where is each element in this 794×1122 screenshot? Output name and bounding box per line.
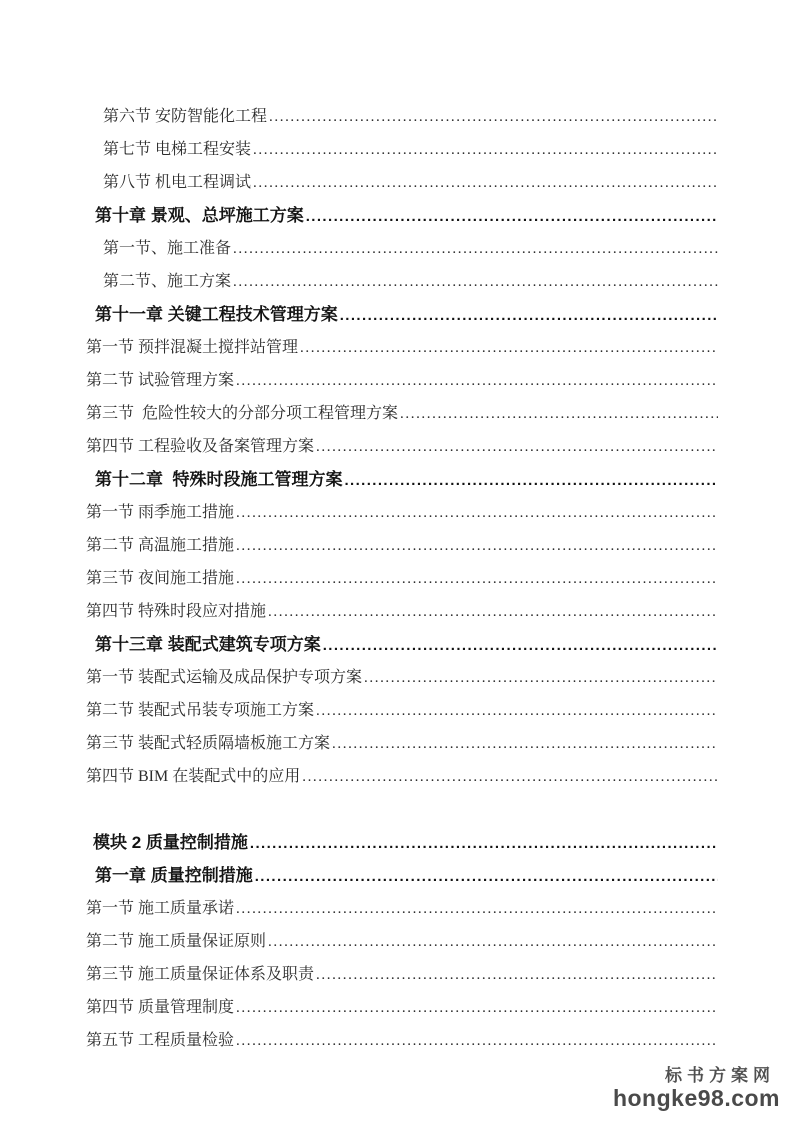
- toc-entry-text: 第三节 危险性较大的分部分项工程管理方案: [86, 397, 398, 430]
- toc-dot-leader: ........................................…: [253, 167, 718, 199]
- toc-entry[interactable]: 第二节 施工质量保证原则............................…: [86, 925, 718, 958]
- toc-entry-text: 第三节 夜间施工措施: [86, 562, 234, 595]
- toc-dot-leader: ........................................…: [332, 728, 718, 760]
- toc-entry-text: 第一节 装配式运输及成品保护专项方案: [86, 661, 362, 694]
- toc-entry[interactable]: 第六节 安防智能化工程.............................…: [86, 100, 718, 133]
- toc-entry-text: 第二节、施工方案: [103, 265, 231, 298]
- toc-entry-text: 第四节 BIM 在装配式中的应用: [86, 760, 300, 793]
- toc-dot-leader: ........................................…: [236, 497, 718, 529]
- toc-entry[interactable]: 第十二章 特殊时段施工管理方案.........................…: [86, 463, 718, 496]
- toc-entry[interactable]: 第四节 BIM 在装配式中的应用........................…: [86, 760, 718, 793]
- toc-dot-leader: ........................................…: [268, 596, 718, 628]
- toc-entry[interactable]: 第二节、施工方案................................…: [86, 265, 718, 298]
- toc-entry-text: 第二节 装配式吊装专项施工方案: [86, 694, 314, 727]
- toc-entry[interactable]: 第十一章 关键工程技术管理方案.........................…: [86, 298, 718, 331]
- toc-entry-text: 第二节 施工质量保证原则: [86, 925, 266, 958]
- toc-entry[interactable]: 第四节 特殊时段应对措施............................…: [86, 595, 718, 628]
- toc-entry[interactable]: 第五节 工程质量检验..............................…: [86, 1024, 718, 1057]
- toc-entry-text: 模块 2 质量控制措施: [93, 826, 248, 859]
- toc-entry[interactable]: 第二节 装配式吊装专项施工方案.........................…: [86, 694, 718, 727]
- toc-entry-text: 第一节 预拌混凝土搅拌站管理: [86, 331, 298, 364]
- toc-dot-leader: ........................................…: [344, 464, 718, 496]
- toc-entry[interactable]: 第一节 预拌混凝土搅拌站管理..........................…: [86, 331, 718, 364]
- watermark: 标书方案网 hongke98.com: [613, 1066, 780, 1110]
- toc-dot-leader: ........................................…: [269, 101, 718, 133]
- toc-dot-leader: ........................................…: [364, 662, 718, 694]
- table-of-contents: 第六节 安防智能化工程.............................…: [86, 100, 718, 1057]
- toc-dot-leader: ........................................…: [316, 959, 718, 991]
- toc-entry-text: 第八节 机电工程调试: [103, 166, 251, 199]
- toc-entry[interactable]: 模块 2 质量控制措施.............................…: [86, 826, 718, 859]
- toc-dot-leader: ........................................…: [302, 761, 718, 793]
- toc-dot-leader: ........................................…: [268, 926, 718, 958]
- toc-entry-text: 第六节 安防智能化工程: [103, 100, 267, 133]
- toc-dot-leader: ........................................…: [250, 827, 718, 859]
- toc-entry-text: 第二节 试验管理方案: [86, 364, 234, 397]
- toc-entry-text: 第一节 雨季施工措施: [86, 496, 234, 529]
- document-page: 第六节 安防智能化工程.............................…: [0, 0, 794, 1122]
- toc-entry[interactable]: 第四节 工程验收及备案管理方案.........................…: [86, 430, 718, 463]
- toc-entry-text: 第一节、施工准备: [103, 232, 231, 265]
- toc-entry-text: 第十三章 装配式建筑专项方案: [95, 628, 321, 661]
- toc-entry-text: 第七节 电梯工程安装: [103, 133, 251, 166]
- toc-entry[interactable]: 第一章 质量控制措施..............................…: [86, 859, 718, 892]
- toc-dot-leader: ........................................…: [400, 398, 718, 430]
- toc-entry-text: 第一章 质量控制措施: [95, 859, 253, 892]
- toc-entry-text: 第四节 质量管理制度: [86, 991, 234, 1024]
- toc-dot-leader: ........................................…: [236, 563, 718, 595]
- toc-dot-leader: ........................................…: [236, 530, 718, 562]
- toc-entry-text: 第十二章 特殊时段施工管理方案: [95, 463, 342, 496]
- toc-dot-leader: ........................................…: [253, 134, 718, 166]
- toc-dot-leader: ........................................…: [316, 431, 718, 463]
- toc-dot-leader: ........................................…: [300, 332, 718, 364]
- toc-dot-leader: ........................................…: [236, 1025, 718, 1057]
- toc-entry-text: 第五节 工程质量检验: [86, 1024, 234, 1057]
- toc-entry[interactable]: 第一节 雨季施工措施..............................…: [86, 496, 718, 529]
- toc-entry[interactable]: 第十三章 装配式建筑专项方案..........................…: [86, 628, 718, 661]
- toc-entry[interactable]: 第十章 景观、总坪施工方案...........................…: [86, 199, 718, 232]
- toc-entry-text: 第三节 装配式轻质隔墙板施工方案: [86, 727, 330, 760]
- toc-entry[interactable]: 第二节 试验管理方案..............................…: [86, 364, 718, 397]
- toc-entry-text: 第四节 工程验收及备案管理方案: [86, 430, 314, 463]
- toc-entry[interactable]: 第二节 高温施工措施..............................…: [86, 529, 718, 562]
- watermark-site-url: hongke98.com: [613, 1086, 780, 1110]
- toc-dot-leader: ........................................…: [236, 365, 718, 397]
- toc-entry[interactable]: 第三节 危险性较大的分部分项工程管理方案....................…: [86, 397, 718, 430]
- toc-entry[interactable]: 第一节 施工质量承诺..............................…: [86, 892, 718, 925]
- toc-dot-leader: ........................................…: [323, 629, 718, 661]
- toc-entry[interactable]: 第三节 装配式轻质隔墙板施工方案........................…: [86, 727, 718, 760]
- toc-entry-text: 第二节 高温施工措施: [86, 529, 234, 562]
- toc-dot-leader: ........................................…: [233, 233, 718, 265]
- toc-dot-leader: ........................................…: [306, 200, 718, 232]
- toc-dot-leader: ........................................…: [236, 893, 718, 925]
- toc-entry-text: 第四节 特殊时段应对措施: [86, 595, 266, 628]
- toc-entry[interactable]: 第八节 机电工程调试..............................…: [86, 166, 718, 199]
- toc-dot-leader: ........................................…: [233, 266, 718, 298]
- toc-entry-text: 第十一章 关键工程技术管理方案: [95, 298, 338, 331]
- toc-entry[interactable]: 第四节 质量管理制度..............................…: [86, 991, 718, 1024]
- toc-entry-text: 第三节 施工质量保证体系及职责: [86, 958, 314, 991]
- toc-entry[interactable]: 第三节 夜间施工措施..............................…: [86, 562, 718, 595]
- toc-dot-leader: ........................................…: [255, 860, 718, 892]
- toc-entry[interactable]: 第三节 施工质量保证体系及职责.........................…: [86, 958, 718, 991]
- toc-dot-leader: ........................................…: [236, 992, 718, 1024]
- toc-entry[interactable]: 第七节 电梯工程安装..............................…: [86, 133, 718, 166]
- toc-entry[interactable]: 第一节、施工准备................................…: [86, 232, 718, 265]
- watermark-site-name: 标书方案网: [613, 1066, 775, 1086]
- toc-entry-text: 第十章 景观、总坪施工方案: [95, 199, 304, 232]
- toc-entry-text: 第一节 施工质量承诺: [86, 892, 234, 925]
- toc-entry[interactable]: 第一节 装配式运输及成品保护专项方案......................…: [86, 661, 718, 694]
- toc-dot-leader: ........................................…: [340, 299, 718, 331]
- toc-dot-leader: ........................................…: [316, 695, 718, 727]
